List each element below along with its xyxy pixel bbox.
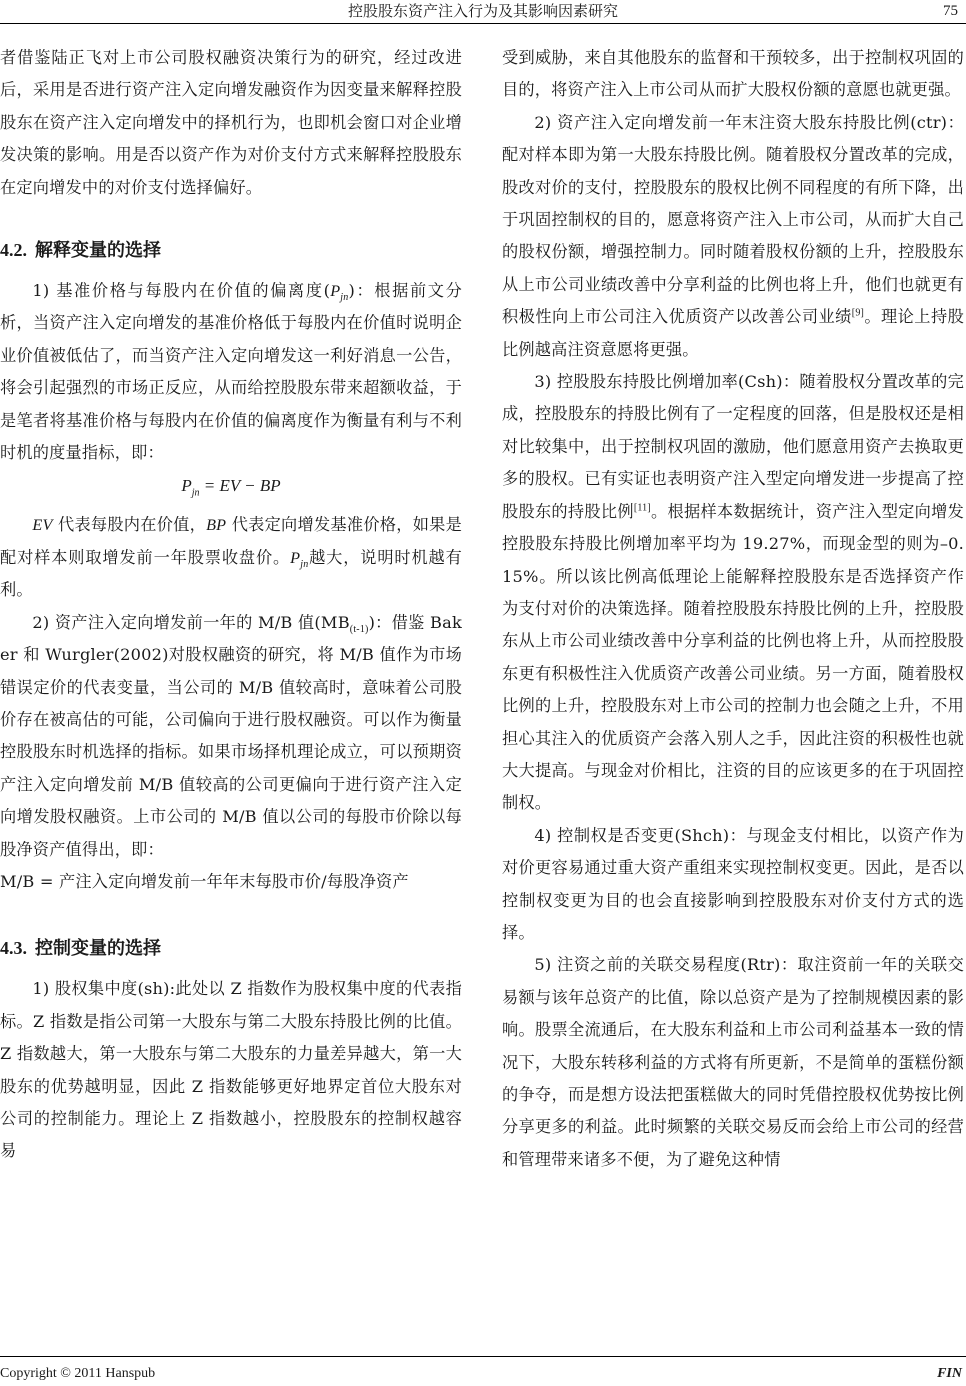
copyright: Copyright © 2011 Hanspub bbox=[0, 1366, 155, 1382]
item-tail: 。根据样本数据统计，资产注入型定向增发控股股东持股比例增加率平均为 19.27%… bbox=[502, 502, 964, 813]
item-body: )：借鉴 Baker 和 Wurgler(2002)对股权融资的研究，将 M/B… bbox=[0, 613, 462, 859]
mb-subscript: (t-1) bbox=[350, 624, 369, 635]
variable-symbol: P bbox=[290, 549, 300, 567]
explanatory-variable-2: 2) 资产注入定向增发前一年的 M/B 值(MB(t-1))：借鉴 Baker … bbox=[0, 607, 462, 866]
bp-symbol: BP bbox=[206, 516, 226, 534]
section-title: 解释变量的选择 bbox=[35, 240, 161, 261]
journal-abbrev: FIN bbox=[937, 1366, 962, 1382]
item-lead: 2) 资产注入定向增发前一年的 M/B 值(MB bbox=[32, 613, 349, 632]
formula-lhs: P bbox=[181, 476, 191, 495]
formula-explanation: EV 代表每股内在价值，BP 代表定向增发基准价格，如果是配对样本则取增发前一年… bbox=[0, 509, 462, 606]
formula-pjn: Pjn = EV − BP bbox=[0, 469, 462, 509]
section-number: 4.3. bbox=[0, 938, 27, 958]
running-title: 控股股东资产注入行为及其影响因素研究 bbox=[0, 1, 966, 21]
control-variable-1: 1) 股权集中度(sh):此处以 Z 指数作为股权集中度的代表指标。Z 指数是指… bbox=[0, 973, 462, 1167]
ev-symbol: EV bbox=[32, 516, 52, 534]
left-column: 者借鉴陆正飞对上市公司股权融资决策行为的研究，经过改进后，采用是否进行资产注入定… bbox=[0, 42, 462, 1168]
footer-rule bbox=[0, 1356, 966, 1357]
citation[interactable]: [9] bbox=[852, 308, 864, 319]
header-rule bbox=[0, 23, 966, 24]
variable-symbol: P bbox=[330, 282, 340, 300]
item-lead: 1) 基准价格与每股内在价值的偏离度( bbox=[32, 281, 330, 300]
item-body: 2) 资产注入定向增发前一年末注资大股东持股比例(ctr)：配对样本即为第一大股… bbox=[502, 113, 964, 326]
item-body: )：根据前文分析，当资产注入定向增发的基准价格低于每股内在价值时说明企业价值被低… bbox=[0, 281, 462, 462]
citation[interactable]: [11] bbox=[634, 502, 651, 513]
page-footer: Copyright © 2011 Hanspub FIN bbox=[0, 1352, 966, 1386]
formula-rhs: = EV − BP bbox=[199, 476, 280, 495]
section-title: 控制变量的选择 bbox=[35, 938, 161, 959]
continuation-paragraph: 受到威胁，来自其他股东的监督和干预较多，出于控制权巩固的目的，将资产注入上市公司… bbox=[502, 42, 964, 107]
right-column: 受到威胁，来自其他股东的监督和干预较多，出于控制权巩固的目的，将资产注入上市公司… bbox=[502, 42, 964, 1176]
control-variable-5: 5) 注资之前的关联交易程度(Rtr)：取注资前一年的关联交易额与该年总资产的比… bbox=[502, 949, 964, 1176]
section-heading-4-3: 4.3.控制变量的选择 bbox=[0, 932, 462, 965]
explanatory-variable-1: 1) 基准价格与每股内在价值的偏离度(Pjn)：根据前文分析，当资产注入定向增发… bbox=[0, 275, 462, 469]
control-variable-2: 2) 资产注入定向增发前一年末注资大股东持股比例(ctr)：配对样本即为第一大股… bbox=[502, 107, 964, 366]
control-variable-4: 4) 控制权是否变更(Shch)：与现金支付相比，以资产作为对价更容易通过重大资… bbox=[502, 820, 964, 950]
intro-paragraph: 者借鉴陆正飞对上市公司股权融资决策行为的研究，经过改进后，采用是否进行资产注入定… bbox=[0, 42, 462, 204]
page-header: 控股股东资产注入行为及其影响因素研究 75 bbox=[0, 0, 966, 24]
section-number: 4.2. bbox=[0, 240, 27, 260]
control-variable-3: 3) 控股股东持股比例增加率(Csh)：随着股权分置改革的完成，控股股东的持股比… bbox=[502, 366, 964, 820]
item-body: 3) 控股股东持股比例增加率(Csh)：随着股权分置改革的完成，控股股东的持股比… bbox=[502, 372, 964, 521]
section-heading-4-2: 4.2.解释变量的选择 bbox=[0, 234, 462, 267]
explain-text: 代表每股内在价值， bbox=[53, 515, 207, 534]
formula-mb: M/B = 产注入定向增发前一年年末每股市价/每股净资产 bbox=[0, 866, 462, 898]
page-number: 75 bbox=[943, 1, 958, 21]
